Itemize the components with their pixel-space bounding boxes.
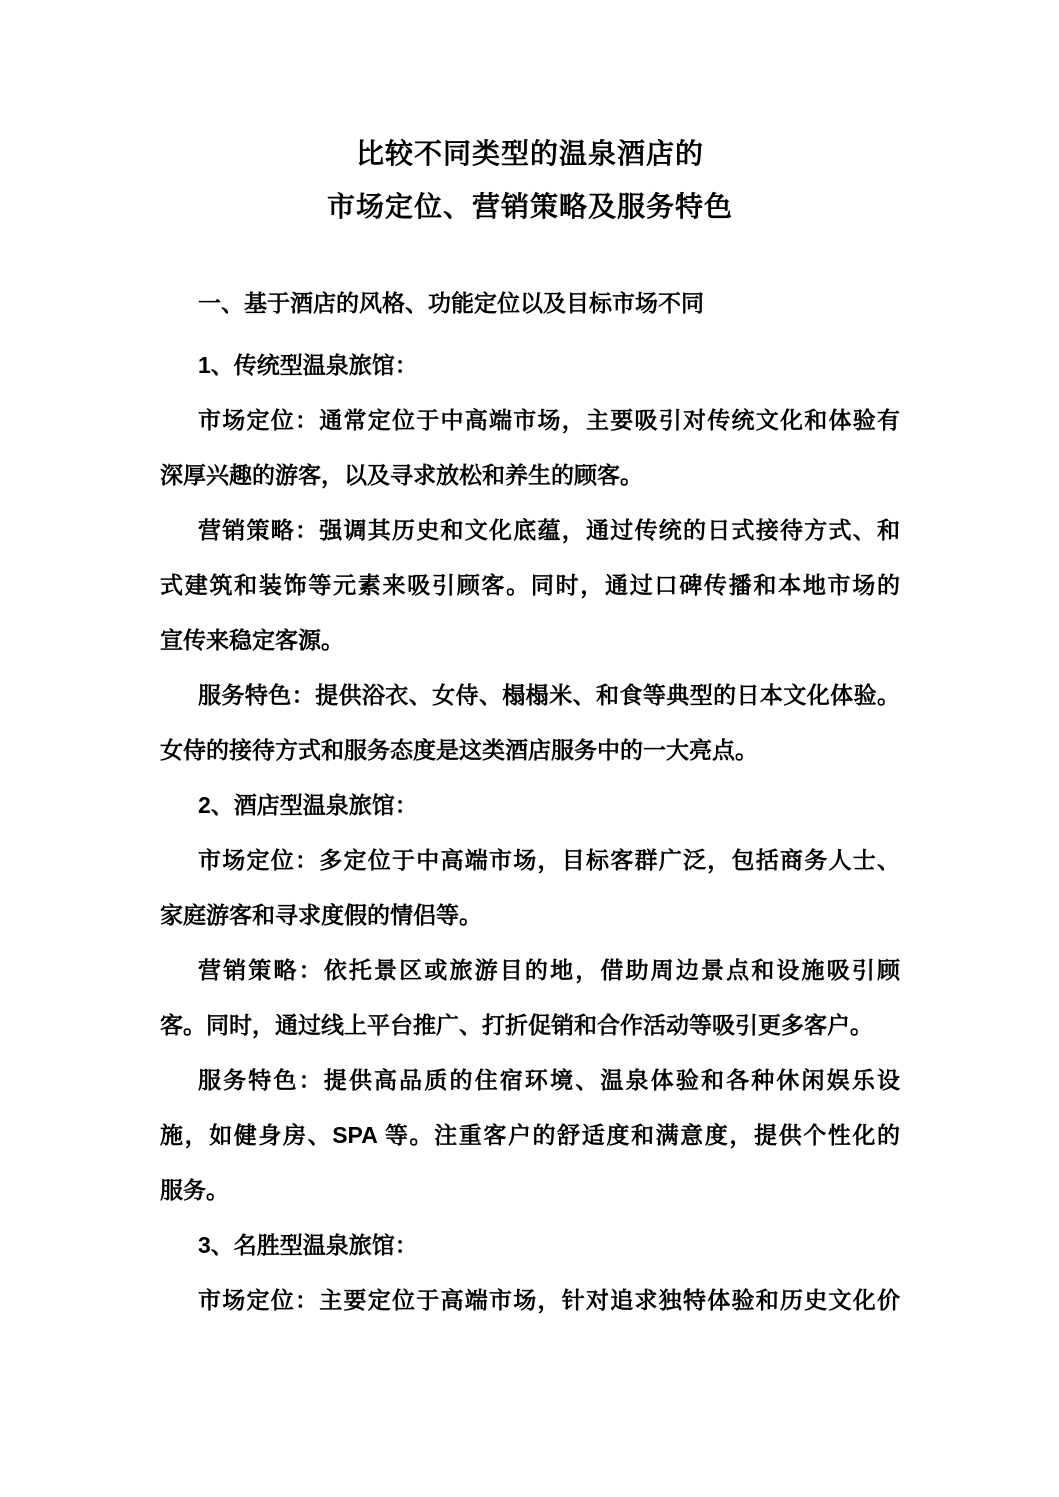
document-title-line: 市场定位、营销策略及服务特色 [160, 180, 900, 233]
text-line: 2、酒店型温泉旅馆： [160, 778, 900, 833]
paragraph: 2、酒店型温泉旅馆： [160, 778, 900, 833]
text-line: 服务特色：提供浴衣、女侍、榻榻米、和食等典型的日本文化体验。 [160, 668, 900, 723]
text-line: 1、传统型温泉旅馆： [160, 338, 900, 393]
text-line: 营销策略：强调其历史和文化底蕴，通过传统的日式接待方式、和 [160, 503, 900, 558]
paragraph: 服务特色：提供浴衣、女侍、榻榻米、和食等典型的日本文化体验。女侍的接待方式和服务… [160, 668, 900, 778]
text-line: 客。同时，通过线上平台推广、打折促销和合作活动等吸引更多客户。 [160, 998, 900, 1053]
paragraph: 1、传统型温泉旅馆： [160, 338, 900, 393]
text-line: 女侍的接待方式和服务态度是这类酒店服务中的一大亮点。 [160, 723, 900, 778]
paragraph: 3、名胜型温泉旅馆： [160, 1218, 900, 1273]
paragraph: 营销策略：依托景区或旅游目的地，借助周边景点和设施吸引顾客。同时，通过线上平台推… [160, 943, 900, 1053]
text-line: 宣传来稳定客源。 [160, 613, 900, 668]
text-line: 深厚兴趣的游客，以及寻求放松和养生的顾客。 [160, 448, 900, 503]
paragraph: 营销策略：强调其历史和文化底蕴，通过传统的日式接待方式、和式建筑和装饰等元素来吸… [160, 503, 900, 668]
text-line: 市场定位：通常定位于中高端市场，主要吸引对传统文化和体验有 [160, 393, 900, 448]
section-heading: 一、基于酒店的风格、功能定位以及目标市场不同 [160, 276, 900, 331]
paragraphs: 1、传统型温泉旅馆：市场定位：通常定位于中高端市场，主要吸引对传统文化和体验有深… [160, 338, 900, 1328]
text-line: 式建筑和装饰等元素来吸引顾客。同时，通过口碑传播和本地市场的 [160, 558, 900, 613]
document-content: 比较不同类型的温泉酒店的市场定位、营销策略及服务特色 一、基于酒店的风格、功能定… [160, 0, 900, 1328]
text-line: 服务。 [160, 1163, 900, 1218]
paragraph: 服务特色：提供高品质的住宿环境、温泉体验和各种休闲娱乐设施，如健身房、SPA 等… [160, 1053, 900, 1218]
text-line: 市场定位：主要定位于高端市场，针对追求独特体验和历史文化价 [160, 1273, 900, 1328]
document-page: 比较不同类型的温泉酒店的市场定位、营销策略及服务特色 一、基于酒店的风格、功能定… [0, 0, 1059, 1497]
text-line: 市场定位：多定位于中高端市场，目标客群广泛，包括商务人士、 [160, 833, 900, 888]
document-title: 比较不同类型的温泉酒店的市场定位、营销策略及服务特色 [160, 127, 900, 233]
text-line: 服务特色：提供高品质的住宿环境、温泉体验和各种休闲娱乐设 [160, 1053, 900, 1108]
text-line: 3、名胜型温泉旅馆： [160, 1218, 900, 1273]
text-line: 施，如健身房、SPA 等。注重客户的舒适度和满意度，提供个性化的 [160, 1108, 900, 1163]
document-title-line: 比较不同类型的温泉酒店的 [160, 127, 900, 180]
paragraph: 市场定位：主要定位于高端市场，针对追求独特体验和历史文化价 [160, 1273, 900, 1328]
text-line: 营销策略：依托景区或旅游目的地，借助周边景点和设施吸引顾 [160, 943, 900, 998]
paragraph: 市场定位：多定位于中高端市场，目标客群广泛，包括商务人士、家庭游客和寻求度假的情… [160, 833, 900, 943]
text-line: 家庭游客和寻求度假的情侣等。 [160, 888, 900, 943]
paragraph: 市场定位：通常定位于中高端市场，主要吸引对传统文化和体验有深厚兴趣的游客，以及寻… [160, 393, 900, 503]
